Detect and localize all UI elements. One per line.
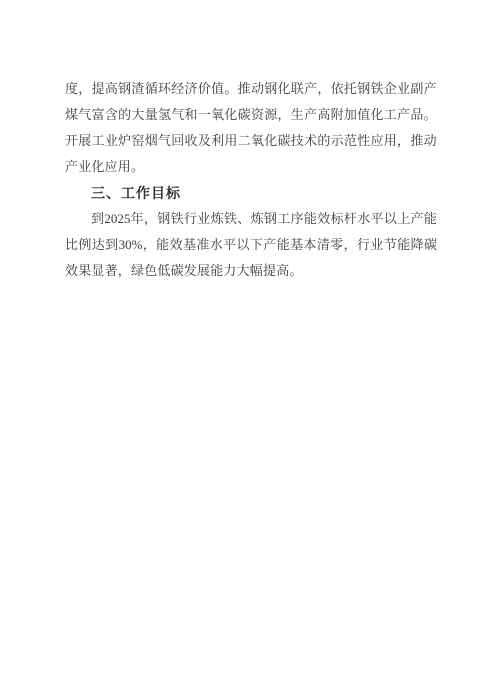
glyph: 碳 — [238, 102, 251, 128]
glyph: 能 — [277, 232, 290, 258]
glyph: 煤 — [65, 102, 78, 128]
glyph: 。 — [224, 76, 237, 102]
glyph: 氧 — [211, 102, 224, 128]
glyph: 本 — [303, 232, 316, 258]
glyph: 能 — [424, 206, 437, 232]
glyph: 到 — [105, 232, 118, 258]
glyph: ， — [143, 232, 156, 258]
glyph: 源 — [264, 102, 277, 128]
glyph: ， — [397, 128, 410, 154]
glyph: 气 — [158, 128, 171, 154]
glyph: 工 — [277, 206, 290, 232]
glyph: 产 — [263, 232, 276, 258]
glyph: 度 — [65, 76, 78, 102]
glyph: 2025 — [104, 206, 130, 232]
glyph: 能 — [156, 232, 169, 258]
glyph: ， — [144, 206, 157, 232]
glyph: 二 — [238, 128, 251, 154]
paragraph1-line-2: 煤气富含的大量氢气和一氧化碳资源，生产高附加值化工产品。 — [65, 102, 437, 128]
paragraph1-line-1: 度，提高钢渣循环经济价值。推动钢化联产，依托钢铁企业副产 — [65, 76, 437, 102]
glyph: 氢 — [158, 102, 171, 128]
paragraph1-line-3: 开展工业炉窑烟气回收及利用二氧化碳技术的示范性应用，推动 — [65, 128, 437, 154]
paragraph2-line-3: 效果显著，绿色低碳发展能力大幅提高。 — [65, 258, 437, 284]
glyph: 利 — [211, 128, 224, 154]
glyph: 济 — [185, 76, 198, 102]
glyph: 加 — [344, 102, 357, 128]
glyph: ， — [317, 76, 330, 102]
glyph: 杆 — [344, 206, 357, 232]
glyph: 。 — [424, 102, 437, 128]
glyph: 工 — [92, 128, 105, 154]
glyph: 示 — [331, 128, 344, 154]
glyph: 联 — [291, 76, 304, 102]
glyph: 例 — [78, 232, 91, 258]
glyph: 钢 — [264, 76, 277, 102]
glyph: 的 — [317, 128, 330, 154]
text-block: 度，提高钢渣循环经济价值。推动钢化联产，依托钢铁企业副产 煤气富含的大量氢气和一… — [65, 76, 437, 284]
glyph: 气 — [78, 102, 91, 128]
glyph: 术 — [304, 128, 317, 154]
glyph: 化 — [264, 128, 277, 154]
glyph: 节 — [384, 232, 397, 258]
glyph: 推 — [238, 76, 251, 102]
glyph: 钢 — [357, 76, 370, 102]
paragraph1-line-4: 产业化应用。 — [65, 154, 437, 180]
glyph: 标 — [331, 206, 344, 232]
glyph: 、 — [237, 206, 250, 232]
glyph: 能 — [304, 206, 317, 232]
glyph: 用 — [224, 128, 237, 154]
glyph: 钢 — [264, 206, 277, 232]
glyph: 提 — [92, 76, 105, 102]
glyph: 平 — [371, 206, 384, 232]
glyph: 化 — [224, 102, 237, 128]
glyph: 附 — [331, 102, 344, 128]
glyph: 价 — [198, 76, 211, 102]
glyph: 效 — [170, 232, 183, 258]
glyph: 以 — [384, 206, 397, 232]
glyph: 推 — [410, 128, 423, 154]
glyph: 铁 — [370, 76, 383, 102]
glyph: 品 — [410, 102, 423, 128]
glyph: 水 — [357, 206, 370, 232]
glyph: 依 — [331, 76, 344, 102]
glyph: 效 — [317, 206, 330, 232]
glyph: 技 — [291, 128, 304, 154]
glyph: 业 — [105, 128, 118, 154]
glyph: 钢 — [118, 76, 131, 102]
glyph: 碳 — [278, 128, 291, 154]
glyph: 工 — [384, 102, 397, 128]
glyph: 行 — [357, 232, 370, 258]
glyph: 企 — [384, 76, 397, 102]
glyph: 高 — [105, 76, 118, 102]
glyph: 业 — [397, 76, 410, 102]
glyph: 行 — [184, 206, 197, 232]
glyph: 基 — [183, 232, 196, 258]
glyph: 量 — [145, 102, 158, 128]
glyph: 清 — [317, 232, 330, 258]
glyph: ， — [278, 102, 291, 128]
glyph: ， — [78, 76, 91, 102]
glyph: 铁 — [224, 206, 237, 232]
glyph: 准 — [196, 232, 209, 258]
glyph: 到 — [91, 206, 104, 232]
glyph: 生 — [291, 102, 304, 128]
glyph: 用 — [384, 128, 397, 154]
glyph: 展 — [78, 128, 91, 154]
glyph: 炼 — [251, 206, 264, 232]
glyph: 动 — [251, 76, 264, 102]
glyph: 大 — [131, 102, 144, 128]
glyph: 副 — [410, 76, 423, 102]
glyph: 炼 — [211, 206, 224, 232]
glyph: 循 — [145, 76, 158, 102]
glyph: 产 — [397, 102, 410, 128]
glyph: 年 — [131, 206, 144, 232]
glyph: 降 — [411, 232, 424, 258]
glyph: 炉 — [118, 128, 131, 154]
glyph: 托 — [344, 76, 357, 102]
glyph: 收 — [185, 128, 198, 154]
glyph: 经 — [171, 76, 184, 102]
glyph: 环 — [158, 76, 171, 102]
glyph: 产 — [411, 206, 424, 232]
glyph: 值 — [211, 76, 224, 102]
glyph: ， — [344, 232, 357, 258]
glyph: 基 — [290, 232, 303, 258]
glyph: 高 — [317, 102, 330, 128]
glyph: 碳 — [424, 232, 437, 258]
glyph: 上 — [397, 206, 410, 232]
glyph: 及 — [198, 128, 211, 154]
glyph: 含 — [105, 102, 118, 128]
glyph: 平 — [223, 232, 236, 258]
glyph: 氧 — [251, 128, 264, 154]
glyph: 比 — [65, 232, 78, 258]
glyph: 序 — [291, 206, 304, 232]
glyph: 的 — [118, 102, 131, 128]
document-page: 度，提高钢渣循环经济价值。推动钢化联产，依托钢铁企业副产 煤气富含的大量氢气和一… — [0, 0, 495, 700]
section-heading: 三、工作目标 — [91, 180, 437, 206]
glyph: 窑 — [131, 128, 144, 154]
glyph: 化 — [278, 76, 291, 102]
glyph: 产 — [304, 76, 317, 102]
glyph: 回 — [171, 128, 184, 154]
glyph: 气 — [171, 102, 184, 128]
glyph: 动 — [424, 128, 437, 154]
glyph: 资 — [251, 102, 264, 128]
glyph: 性 — [357, 128, 370, 154]
glyph: 钢 — [157, 206, 170, 232]
glyph: 水 — [210, 232, 223, 258]
glyph: 铁 — [171, 206, 184, 232]
glyph: 产 — [304, 102, 317, 128]
glyph: 化 — [370, 102, 383, 128]
glyph: 以 — [237, 232, 250, 258]
glyph: 30% — [119, 232, 143, 258]
glyph: 烟 — [145, 128, 158, 154]
glyph: 一 — [198, 102, 211, 128]
paragraph2-line-1: 到2025年，钢铁行业炼铁、炼钢工序能效标杆水平以上产能 — [65, 206, 437, 232]
glyph: 范 — [344, 128, 357, 154]
glyph: 渣 — [131, 76, 144, 102]
glyph: 能 — [397, 232, 410, 258]
glyph: 富 — [92, 102, 105, 128]
glyph: 和 — [185, 102, 198, 128]
glyph: 业 — [370, 232, 383, 258]
glyph: 业 — [197, 206, 210, 232]
glyph: 开 — [65, 128, 78, 154]
paragraph2-line-2: 比例达到30%，能效基准水平以下产能基本清零，行业节能降碳 — [65, 232, 437, 258]
glyph: 零 — [330, 232, 343, 258]
glyph: 产 — [424, 76, 437, 102]
glyph: 达 — [92, 232, 105, 258]
glyph: 下 — [250, 232, 263, 258]
glyph: 值 — [357, 102, 370, 128]
glyph: 应 — [370, 128, 383, 154]
